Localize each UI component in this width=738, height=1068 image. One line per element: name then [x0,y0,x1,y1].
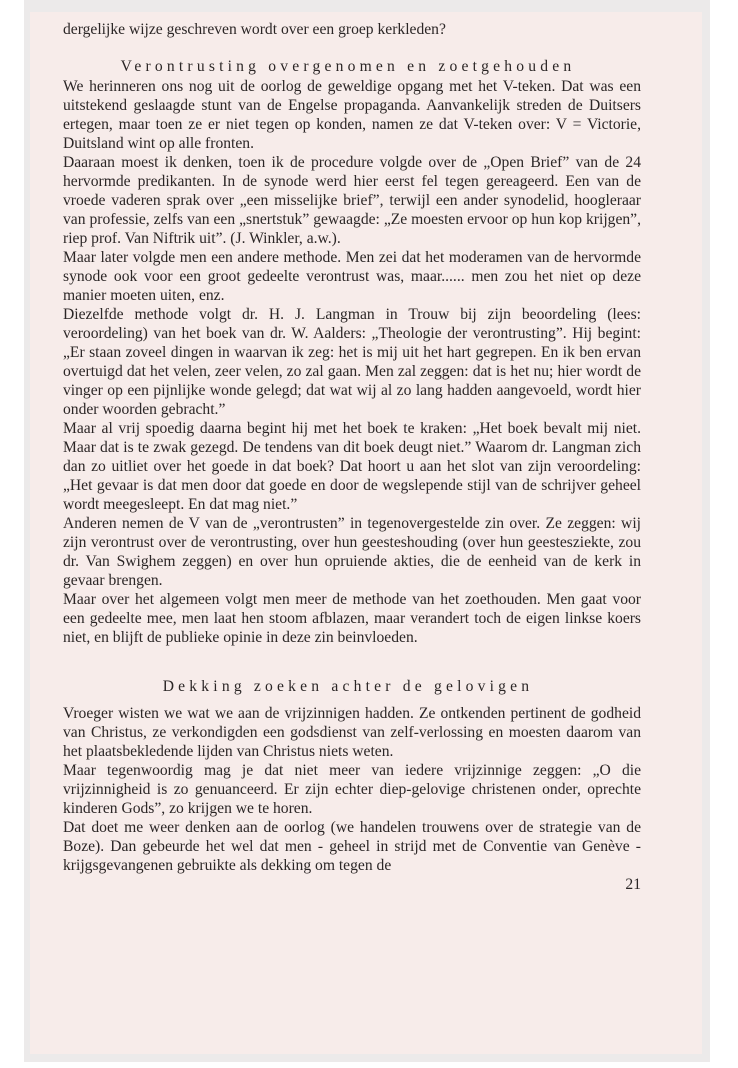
section-heading-verontrusting: Verontrusting overgenomen en zoetgehoude… [63,57,641,76]
paragraph: Maar al vrij spoedig daarna begint hij m… [63,419,641,514]
section-heading-dekking: Dekking zoeken achter de gelovigen [63,677,641,696]
lead-line: dergelijke wijze geschreven wordt over e… [63,20,641,39]
paragraph: Anderen nemen de V van de „verontrusten”… [63,514,641,590]
paragraph: Vroeger wisten we wat we aan de vrijzinn… [63,704,641,761]
page-text: dergelijke wijze geschreven wordt over e… [63,20,641,894]
paragraph: Diezelfde methode volgt dr. H. J. Langma… [63,305,641,419]
paragraph: Daaraan moest ik denken, toen ik de proc… [63,153,641,248]
page-number: 21 [63,875,641,894]
paragraph: Maar tegenwoordig mag je dat niet meer v… [63,761,641,818]
paragraph: Maar later volgde men een andere methode… [63,248,641,305]
paragraph: Maar over het algemeen volgt men meer de… [63,590,641,647]
paragraph: We herinneren ons nog uit de oorlog de g… [63,77,641,153]
paragraph: Dat doet me weer denken aan de oorlog (w… [63,818,641,875]
